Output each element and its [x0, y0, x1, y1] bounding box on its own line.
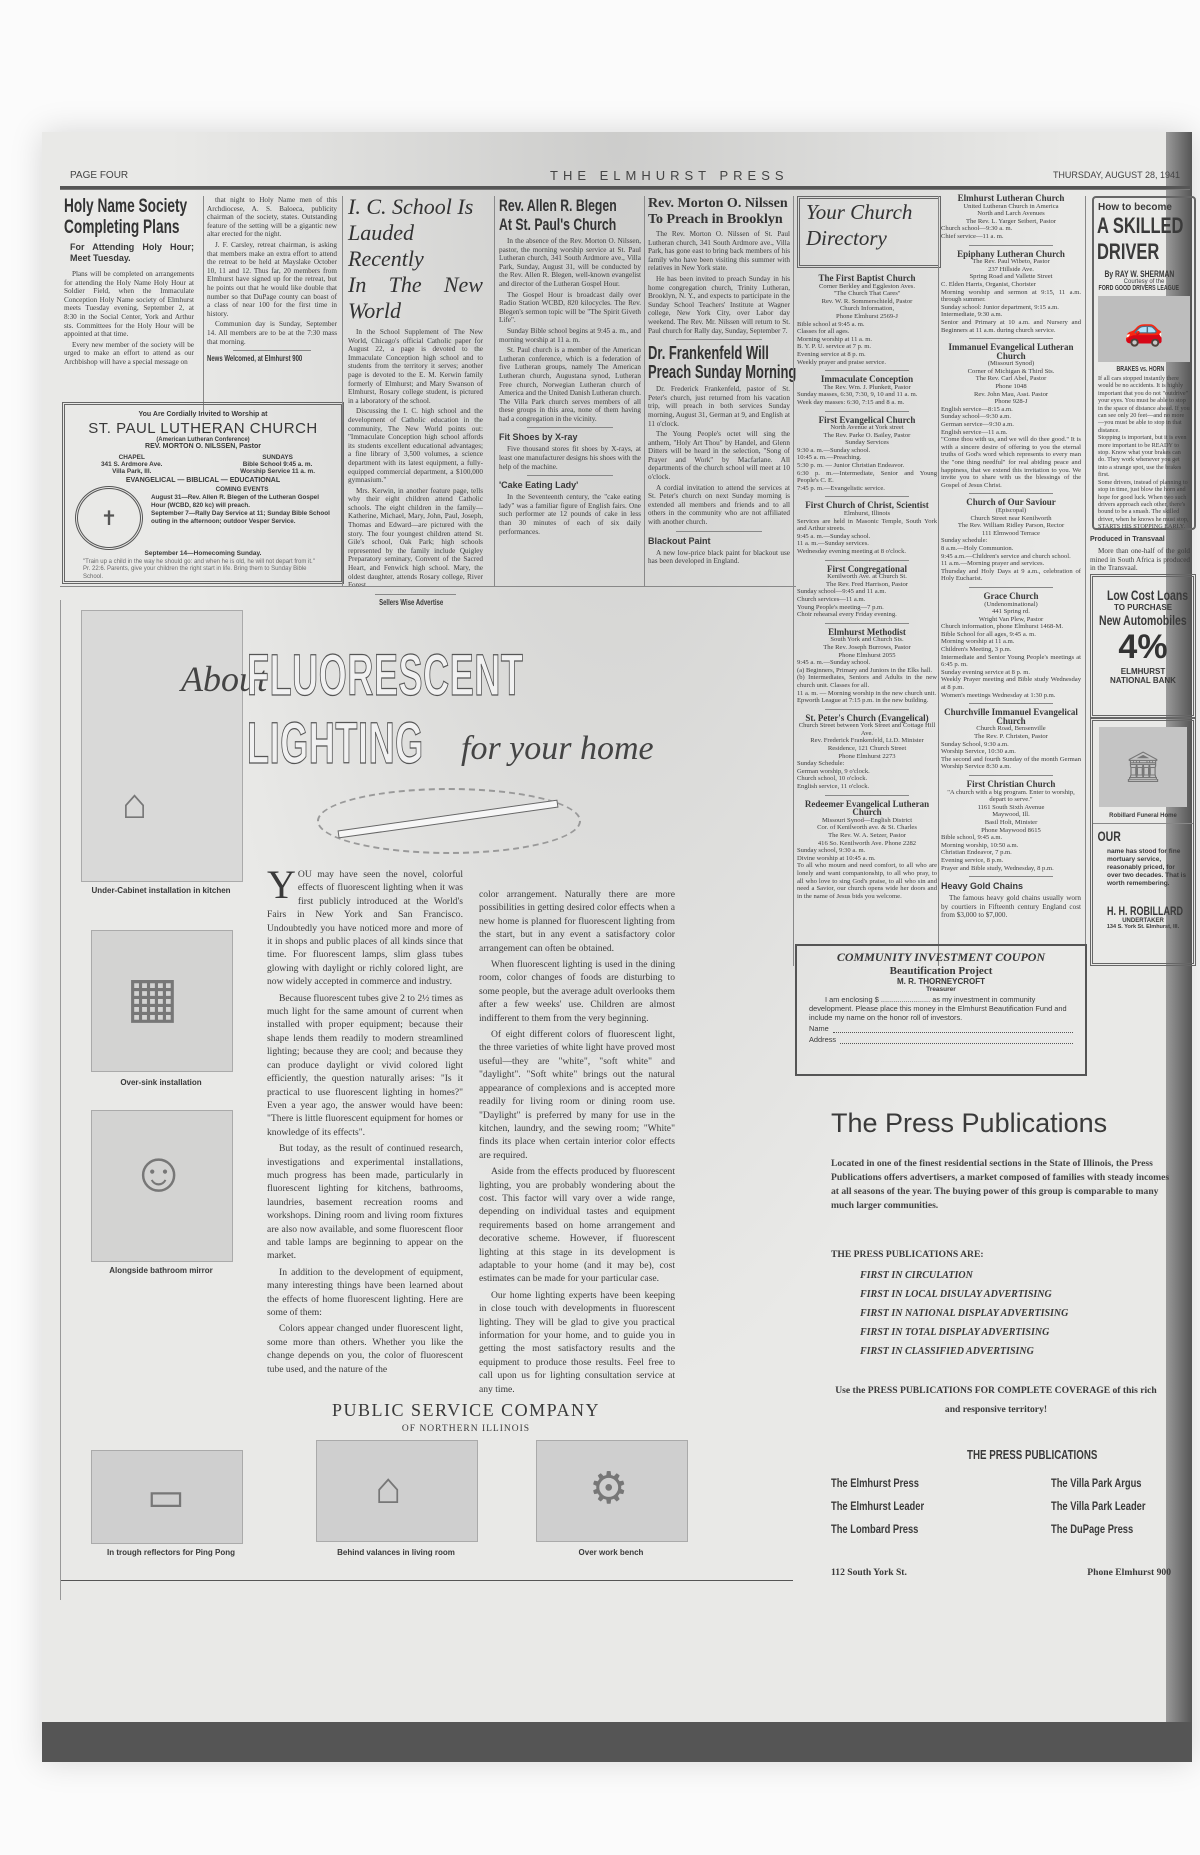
- church-line: Morning worship and sermon at 9:15, 11 a…: [941, 289, 1081, 304]
- column-divider: [203, 196, 204, 414]
- directory-title: Directory: [800, 225, 938, 251]
- church-line: Church school, 10 o'clock.: [797, 775, 937, 783]
- chapel-address: 341 S. Ardmore Ave.: [101, 461, 162, 468]
- coupon-project: Beautification Project: [797, 965, 1085, 977]
- paragraph: If all cars stopped instantly there woul…: [1098, 375, 1190, 434]
- headline: Lauded Recently: [348, 220, 483, 272]
- church-line: To all who mourn and need comfort, to al…: [797, 862, 937, 900]
- church-line: The Rev. Wm. J. Plunkett, Pastor: [797, 384, 937, 392]
- workbench-illustration-icon: ⚙: [589, 1463, 628, 1514]
- headline: Dr. Frankenfeld Will: [648, 344, 750, 363]
- church-line: 9:45 a.m.—Children's service and church …: [941, 553, 1081, 561]
- church-line: Church Street near Kenilworth: [941, 515, 1081, 523]
- separator: [825, 411, 909, 412]
- church-line: The Rev. P. Christen, Pastor: [941, 733, 1081, 741]
- church-line: Bible School for all ages, 9:45 a. m.: [941, 631, 1081, 639]
- church-line: 441 Spring rd.: [941, 608, 1081, 616]
- church-entry: Grace Church (Undenominational) 441 Spri…: [941, 592, 1081, 699]
- headline: In The New World: [348, 272, 483, 324]
- paragraph: A cordial invitation to attend the servi…: [648, 484, 790, 527]
- ad-robillard-funeral: 🏛 Robillard Funeral Home OUR name has st…: [1090, 718, 1196, 966]
- publication-name: The Villa Park Leader: [1051, 1495, 1146, 1518]
- mirror-illustration-icon: ☺: [130, 1141, 187, 1205]
- church-line: South York and Church Sts.: [797, 636, 937, 644]
- article-holy-name-continued: that night to Holy Name men of this Arch…: [207, 196, 337, 364]
- ad-body-col2: color arrangement. Naturally there are m…: [479, 888, 675, 1399]
- article-ic-school: I. C. School Is Lauded Recently In The N…: [348, 194, 483, 607]
- car-illustration-icon: 🚗: [1098, 296, 1190, 362]
- church-line: Choir rehearsal every Friday evening.: [797, 611, 937, 619]
- separator: [375, 594, 456, 595]
- church-name: Immanuel Evangelical Lutheran Church: [941, 343, 1081, 360]
- separator: [969, 775, 1053, 776]
- church-line: Women's meetings Wednesday at 1:30 p.m.: [941, 692, 1081, 700]
- church-line: (Missouri Synod): [941, 360, 1081, 368]
- church-line: 9:45 a. m.—Sunday school.: [797, 533, 937, 541]
- church-name: Church of Our Saviour: [941, 498, 1081, 507]
- address-label: Address: [809, 1035, 836, 1044]
- church-line: Intermediate, 9:30 a.m.: [941, 311, 1081, 319]
- church-line: Classes for all ages.: [797, 328, 937, 336]
- separator: [233, 350, 311, 351]
- filler-title: Fit Shoes by X-ray: [499, 432, 641, 443]
- column-divider: [793, 196, 794, 966]
- church-line: Bible school at 9:45 a. m.: [797, 321, 937, 329]
- illustration-living-room: ⌂: [316, 1440, 478, 1542]
- article-holy-name: Holy Name Society Completing Plans For A…: [64, 196, 194, 369]
- illustration-caption: Under-Cabinet installation in kitchen: [81, 886, 241, 895]
- church-line: (b) Intermediates, Seniors and Adults in…: [797, 674, 937, 689]
- church-name: Redeemer Evangelical Lutheran Church: [797, 800, 937, 817]
- church-line: Morning worship, 10:50 a.m.: [941, 842, 1081, 850]
- section-divider: [60, 586, 796, 587]
- filler-text: In the Seventeenth century, the "cake ea…: [499, 493, 641, 536]
- separator: [969, 876, 1053, 877]
- living-room-illustration-icon: ⌂: [375, 1463, 401, 1514]
- church-line: Church services—11 a.m.: [797, 596, 937, 604]
- press-pub-claim: FIRST IN LOCAL DISULAY ADVERTISING: [860, 1285, 1175, 1304]
- separator: [676, 339, 761, 340]
- church-name: Elmhurst Methodist: [797, 628, 937, 637]
- church-line: Sunday school, 9:30 a. m.: [797, 847, 937, 855]
- community-investment-coupon: COMMUNITY INVESTMENT COUPON Beautificati…: [795, 944, 1087, 1076]
- church-line: Evening service at 8 p. m.: [797, 351, 937, 359]
- chapel-label: CHAPEL: [101, 454, 162, 461]
- church-entry: St. Peter's Church (Evangelical) Church …: [797, 714, 937, 791]
- filler-title: 'Cake Eating Lady': [499, 480, 641, 491]
- column-divider: [494, 196, 495, 586]
- undertaker-address: 134 S. York St. Elmhurst, Ill.: [1093, 924, 1193, 930]
- church-line: (Undenominational): [941, 601, 1081, 609]
- church-line: 1161 South Sixth Avenue: [941, 804, 1081, 812]
- church-line: (Episcopal): [941, 507, 1081, 515]
- article-nilssen: Rev. Morton O. Nilssen To Preach in Broo…: [648, 196, 790, 568]
- illustration-caption: Alongside bathroom mirror: [81, 1266, 241, 1275]
- church-line: Bible school, 9:45 a.m.: [941, 834, 1081, 842]
- separator: [825, 496, 909, 497]
- church-entry: Epiphany Lutheran Church The Rev. Paul W…: [941, 250, 1081, 335]
- church-line: Sunday Services: [797, 439, 937, 447]
- headline: At St. Paul's Church: [499, 215, 601, 234]
- church-line: "A church with a big program. Enter to w…: [941, 789, 1081, 804]
- press-pub-phone: Phone Elmhurst 900: [1087, 1567, 1171, 1578]
- church-line: Rev. W. R. Sommerschield, Pastor: [797, 298, 937, 306]
- filler-line: News Welcomed, at Elmhurst 900: [207, 355, 305, 364]
- headline: To Preach in Brooklyn: [648, 212, 790, 228]
- church-line: 416 So. Kenilworth Ave. Phone 2282: [797, 840, 937, 848]
- ad-line: TO PURCHASE: [1093, 603, 1193, 612]
- church-name: Elmhurst Lutheran Church: [941, 194, 1081, 203]
- church-directory-col1: The First Baptist Church Corner Berkley …: [797, 270, 937, 904]
- church-line: United Lutheran Church in America: [941, 203, 1081, 211]
- church-name: Epiphany Lutheran Church: [941, 250, 1081, 259]
- column-divider: [342, 196, 343, 586]
- ad-church-name: ST. PAUL LUTHERAN CHURCH: [65, 420, 341, 437]
- press-pub-list-title: THE PRESS PUBLICATIONS: [967, 1447, 1123, 1462]
- ad-fluorescent-lighting: ⌂ Under-Cabinet installation in kitchen …: [60, 600, 793, 1600]
- church-line: Church Street between York Street and Co…: [797, 722, 937, 737]
- column-divider: [644, 196, 645, 586]
- separator: [969, 493, 1053, 494]
- church-line: Phone Maywood 8615: [941, 827, 1081, 835]
- separator: [825, 623, 909, 624]
- church-line: The Rev. L. Yarger Seibert, Pastor: [941, 218, 1081, 226]
- church-line: Spring Road and Vallette Street: [941, 273, 1081, 281]
- illustration-sink: ▦: [91, 930, 233, 1072]
- ad-bottom-rule: [61, 1580, 793, 1581]
- paragraph: Mrs. Kerwin, in another feature page, te…: [348, 487, 483, 590]
- church-line: Sunday masses, 6:30, 7:30, 9, 10 and 11 …: [797, 391, 937, 399]
- paragraph: Aside from the effects produced by fluor…: [479, 1165, 675, 1286]
- paragraph: Discussing the I. C. high school and the…: [348, 407, 483, 484]
- separator: [969, 703, 1053, 704]
- ad-line: OUR: [1093, 828, 1168, 844]
- interest-rate: 4%: [1093, 628, 1193, 667]
- separator: [825, 370, 909, 371]
- article-blegen: Rev. Allen R. Blegen At St. Paul's Churc…: [499, 196, 641, 538]
- church-line: Sunday school: Junior department, 9:15 a…: [941, 304, 1081, 312]
- ping-pong-illustration-icon: ▭: [147, 1473, 185, 1520]
- company-subname: OF NORTHERN ILLINOIS: [251, 1424, 681, 1434]
- press-pub-claim: FIRST IN CLASSIFIED ADVERTISING: [860, 1342, 1175, 1361]
- church-line: C. Elden Harris, Organist, Chorister: [941, 281, 1081, 289]
- church-name: First Evangelical Church: [797, 416, 937, 425]
- church-line: Children's Meeting, 3 p.m.: [941, 646, 1081, 654]
- church-name: Grace Church: [941, 592, 1081, 601]
- church-line: Wright Van Plew, Pastor: [941, 616, 1081, 624]
- event-item: August 31—Rev. Allen R. Blegen of the Lu…: [151, 494, 333, 510]
- church-line: Young People's meeting—7 p.m.: [797, 604, 937, 612]
- church-line: 9:30 a. m.—Sunday school.: [797, 447, 937, 455]
- issue-date: THURSDAY, AUGUST 28, 1941: [1053, 170, 1180, 180]
- church-line: Rev. Frederick Frankenfeld, Lt.D. Minist…: [797, 737, 937, 745]
- filler-text: The famous heavy gold chains usually wor…: [941, 894, 1081, 920]
- church-line: Morning worship at 11 a.m.: [941, 638, 1081, 646]
- church-line: English service—8:15 a.m.: [941, 406, 1081, 414]
- church-line: Church information, phone Elmhurst 1468-…: [941, 623, 1081, 631]
- church-line: 9:45 a. m.—Sunday school.: [797, 659, 937, 667]
- church-entry: Churchville Immanuel Evangelical Church …: [941, 708, 1081, 771]
- church-line: The Rev. Parke O. Bailey, Pastor: [797, 432, 937, 440]
- church-line: B. Y. P. U. service at 7 p. m.: [797, 343, 937, 351]
- ad-body-col1: YOU may have seen the novel, colorful ef…: [267, 868, 463, 1379]
- church-entry: First Christian Church "A church with a …: [941, 780, 1081, 872]
- church-line: The Rev. W. A. Setzer, Pastor: [797, 832, 937, 840]
- church-line: Services are held in Masonic Temple, Sou…: [797, 518, 937, 533]
- church-line: Basil Holt, Minister: [941, 819, 1081, 827]
- paragraph: The Gospel Hour is broadcast daily over …: [499, 291, 641, 325]
- directory-title-box: Your Church Directory: [797, 196, 941, 268]
- illustration-caption: Over work bench: [531, 1548, 691, 1557]
- church-line: Rev. John Mau, Asst. Pastor: [941, 391, 1081, 399]
- church-line: Christian Endeavor, 7 p.m.: [941, 849, 1081, 857]
- church-line: Senior and Primary at 10 a.m. and Nurser…: [941, 319, 1081, 334]
- publication-name: The Villa Park Argus: [1051, 1472, 1146, 1495]
- church-line: German worship, 9 o'clock.: [797, 768, 937, 776]
- press-pub-title: The Press Publications: [831, 1108, 1175, 1139]
- church-entry: Elmhurst Methodist South York and Church…: [797, 628, 937, 705]
- church-line: Weekly prayer and praise service.: [797, 359, 937, 367]
- church-line: Prayer and Bible study, Wednesday, 8 p.m…: [941, 865, 1081, 873]
- separator: [1093, 823, 1193, 824]
- church-line: Morning worship at 11 a. m.: [797, 336, 937, 344]
- church-line: Phone Elmhurst 2273: [797, 753, 937, 761]
- sunday-schedule: Worship Service 11 a. m.: [240, 468, 315, 475]
- publication-name: The Lombard Press: [831, 1518, 1003, 1541]
- ad-invite: You Are Cordially Invited to Worship at: [65, 411, 341, 418]
- sundays-label: SUNDAYS: [240, 454, 315, 461]
- church-entry: First Congregational Kenilworth Ave. at …: [797, 565, 937, 619]
- church-line: Wednesday evening meeting at 8 o'clock.: [797, 548, 937, 556]
- separator: [825, 560, 909, 561]
- church-line: Evening service, 8 p.m.: [941, 857, 1081, 865]
- church-line: Sunday school—9:30 a.m.: [941, 413, 1081, 421]
- name-label: Name: [809, 1024, 829, 1033]
- lutheran-seal-icon: ✝: [75, 486, 143, 550]
- church-name: First Congregational: [797, 565, 937, 574]
- church-line: 6:30 p. m.—Intermediate, Senior and Youn…: [797, 470, 937, 485]
- sunday-schedule: Bible School 9:45 a. m.: [240, 461, 315, 468]
- filler-text: More than one-half of the gold mined in …: [1090, 547, 1190, 573]
- coupon-title: COMMUNITY INVESTMENT COUPON: [797, 950, 1085, 965]
- church-entry: Elmhurst Lutheran Church United Lutheran…: [941, 194, 1081, 241]
- press-pub-are-label: THE PRESS PUBLICATIONS ARE:: [831, 1249, 1175, 1260]
- paragraph: In addition to the development of equipm…: [267, 1266, 463, 1320]
- illustration-caption: In trough reflectors for Ping Pong: [81, 1548, 261, 1557]
- name-field[interactable]: [833, 1024, 1073, 1033]
- church-line: Corner Berkley and Eggleston Aves.: [797, 283, 937, 291]
- church-entry: The First Baptist Church Corner Berkley …: [797, 274, 937, 366]
- coupon-treasurer-label: Treasurer: [797, 986, 1085, 993]
- separator: [969, 338, 1053, 339]
- event-item: September 7—Rally Day Service at 11; Sun…: [151, 510, 333, 526]
- church-entry: Church of Our Saviour (Episcopal) Church…: [941, 498, 1081, 583]
- church-line: Church school—9:30 a. m.: [941, 225, 1081, 233]
- address-field[interactable]: [840, 1035, 1073, 1044]
- paragraph: The Young People's octet will sing the a…: [648, 430, 790, 482]
- church-line: Phone 928-J: [941, 398, 1081, 406]
- ad-line: DRIVER: [1094, 239, 1169, 265]
- headline: Rev. Allen R. Blegen: [499, 196, 601, 215]
- ad-section: BRAKES vs. HORN: [1094, 366, 1169, 373]
- kitchen-illustration-icon: ⌂: [122, 781, 147, 829]
- separator: [527, 475, 612, 476]
- church-line: Intermediate and Senior Young People's m…: [941, 654, 1081, 669]
- page-label: PAGE FOUR: [70, 170, 128, 181]
- ad-line: How to become: [1094, 198, 1194, 213]
- church-line: Worship Service, 10:30 a.m.: [941, 748, 1081, 756]
- ad-caption: Robillard Funeral Home: [1093, 813, 1193, 819]
- paragraph: Plans will be completed on arrangements …: [64, 270, 194, 339]
- church-line: Kenilworth Ave. at Church St.: [797, 573, 937, 581]
- illustration-work-bench: ⚙: [536, 1440, 688, 1542]
- church-entry: Immaculate Conception The Rev. Wm. J. Pl…: [797, 375, 937, 406]
- paragraph: But today, as the result of continued re…: [267, 1142, 463, 1263]
- church-line: 5:30 p. m. — Junior Christian Endeavor.: [797, 462, 937, 470]
- headline: Rev. Morton O. Nilssen: [648, 196, 790, 212]
- paragraph: Some drivers, instead of planning to sto…: [1098, 479, 1190, 530]
- events-label: COMING EVENTS: [151, 486, 333, 494]
- filler-text: Five thousand stores fit shoes by X-rays…: [499, 445, 641, 471]
- ad-byline: By RAY W. SHERMAN: [1094, 269, 1169, 279]
- church-line: Residence, 121 Church Street: [797, 745, 937, 753]
- filler-title: Heavy Gold Chains: [941, 881, 1081, 892]
- bank-name: NATIONAL BANK: [1093, 676, 1193, 685]
- church-line: Elmhurst, Illinois: [797, 510, 937, 518]
- church-line: Church Road, Bensenville: [941, 725, 1081, 733]
- church-line: 11 a.m.—Morning prayer and services.: [941, 560, 1081, 568]
- masthead: PAGE FOUR THE ELMHURST PRESS THURSDAY, A…: [60, 168, 1190, 188]
- paragraph: Sunday Bible school begins at 9:45 a. m.…: [499, 327, 641, 344]
- paragraph: Communion day is Sunday, September 14. A…: [207, 320, 337, 346]
- event-item: September 14—Homecoming Sunday.: [65, 550, 341, 557]
- church-line: Sunday school—9:45 and 11 a.m.: [797, 588, 937, 596]
- church-line: 8 a.m.—Holy Communion.: [941, 545, 1081, 553]
- church-entry: First Church of Christ, Scientist Elmhur…: [797, 501, 937, 555]
- filler-title: Produced in Transvaal: [1090, 534, 1190, 545]
- church-line: English service, 11 o'clock.: [797, 783, 937, 791]
- church-line: Phone 1048: [941, 383, 1081, 391]
- ad-line: Low Cost Loans: [1107, 587, 1172, 603]
- church-line: Sunday schedule:: [941, 537, 1081, 545]
- church-line: The Rev. Fred Harrison, Pastor: [797, 581, 937, 589]
- church-name: First Christian Church: [941, 780, 1081, 789]
- separator: [969, 587, 1053, 588]
- church-line: North Avenue at York street: [797, 424, 937, 432]
- press-pub-claim: FIRST IN TOTAL DISPLAY ADVERTISING: [860, 1323, 1175, 1342]
- ad-line: A SKILLED: [1094, 213, 1169, 239]
- paragraph: Colors appear changed under fluorescent …: [267, 1322, 463, 1376]
- press-pub-claim: FIRST IN NATIONAL DISPLAY ADVERTISING: [860, 1304, 1175, 1323]
- church-line: The Rev. Paul Wibeto, Pastor: [941, 258, 1081, 266]
- directory-title: Your Church: [800, 199, 938, 225]
- paragraph: When fluorescent lighting is used in the…: [479, 958, 675, 1025]
- paragraph: OU may have seen the novel, colorful eff…: [267, 869, 463, 987]
- illustration-kitchen: ⌂: [81, 610, 243, 882]
- headline: I. C. School Is: [348, 194, 483, 220]
- church-entry: Redeemer Evangelical Lutheran Church Mis…: [797, 800, 937, 901]
- filler-title: Blackout Paint: [648, 536, 790, 547]
- ad-quote: "Train up a child in the way he should g…: [65, 557, 341, 583]
- church-line: Sunday School, 9:30 a.m.: [941, 741, 1081, 749]
- ad-text: name has stood for fine mortuary service…: [1093, 844, 1193, 892]
- headline: Completing Plans: [64, 217, 158, 238]
- paragraph: St. Paul church is a member of the Ameri…: [499, 346, 641, 423]
- church-line: 111 Elmwood Terrace: [941, 530, 1081, 538]
- press-pub-cta: Use the PRESS PUBLICATIONS FOR COMPLETE …: [831, 1381, 1161, 1419]
- paragraph: Every new member of the society will be …: [64, 341, 194, 367]
- masthead-rule: [60, 186, 1190, 190]
- separator: [527, 427, 612, 428]
- church-line: Phone Elmhurst 2055: [797, 652, 937, 660]
- headline: Preach Sunday Morning: [648, 363, 750, 382]
- church-line: (a) Beginners, Primary and Juniors in th…: [797, 667, 937, 675]
- scan-bottom-band: [42, 1722, 1192, 1762]
- filler-transvaal: Produced in Transvaal More than one-half…: [1090, 532, 1190, 575]
- publication-name: The DuPage Press: [1051, 1518, 1146, 1541]
- church-line: 7:45 p. m.—Evangelistic service.: [797, 485, 937, 493]
- church-line: Chief service—11 a. m.: [941, 233, 1081, 241]
- church-line: Corner of Michigan & Third Sts.: [941, 368, 1081, 376]
- church-name: Churchville Immanuel Evangelical Church: [941, 708, 1081, 725]
- church-line: Epworth League at 7:15 p.m. in the new b…: [797, 697, 937, 705]
- church-line: Maywood, Ill.: [941, 811, 1081, 819]
- paper-title: THE ELMHURST PRESS: [550, 168, 789, 183]
- church-line: "The Church That Cares": [797, 290, 937, 298]
- ad-auto-loan: Low Cost Loans TO PURCHASE New Automobil…: [1090, 574, 1196, 718]
- headline-for-your-home: for your home: [461, 730, 654, 768]
- church-line: German service—9:30 a.m.: [941, 421, 1081, 429]
- headline-lighting: LIGHTING: [247, 710, 424, 777]
- illustration-caption: Behind valances in living room: [311, 1548, 481, 1557]
- paragraph: He has been invited to preach Sunday in …: [648, 275, 790, 335]
- paragraph: color arrangement. Naturally there are m…: [479, 888, 675, 955]
- ad-line: New Automobiles: [1099, 612, 1170, 628]
- press-pub-claim: FIRST IN CIRCULATION: [860, 1266, 1175, 1285]
- window-illustration-icon: ▦: [126, 965, 179, 1030]
- separator: [969, 245, 1053, 246]
- church-line: Week day masses: 6:30, 7:15 and 8 a. m.: [797, 399, 937, 407]
- church-line: Phone Elmhurst 2569-J: [797, 313, 937, 321]
- drop-cap: Y: [267, 868, 296, 902]
- undertaker-name: H. H. ROBILLARD: [1107, 904, 1172, 918]
- church-line: 10:45 a. m.—Preaching.: [797, 454, 937, 462]
- church-line: North and Larch Avenues: [941, 210, 1081, 218]
- paragraph: Of eight different colors of fluorescent…: [479, 1028, 675, 1162]
- separator: [825, 795, 909, 796]
- paragraph: The Rev. Morton O. Nilssen of St. Paul L…: [648, 230, 790, 273]
- illustration-ping-pong: ▭: [91, 1450, 243, 1544]
- church-line: The Rev. William Ridley Parson, Rector: [941, 522, 1081, 530]
- church-directory-col2: Elmhurst Lutheran Church United Lutheran…: [941, 194, 1081, 922]
- subhead: For Attending Holy Hour; Meet Tuesday.: [70, 242, 194, 264]
- paragraph: Our home lighting experts have been keep…: [479, 1289, 675, 1396]
- ad-press-publications: The Press Publications Located in one of…: [795, 1080, 1175, 1600]
- ad-pastor: REV. MORTON O. NILSSEN, Pastor: [65, 443, 341, 450]
- press-pub-address: 112 South York St.: [831, 1567, 907, 1578]
- press-pub-intro: Located in one of the finest residential…: [831, 1157, 1176, 1213]
- ad-motto: EVANGELICAL — BIBLICAL — EDUCATIONAL: [65, 477, 341, 484]
- headline-fluorescent: FLUORESCENT: [247, 642, 524, 709]
- publication-name: The Elmhurst Press: [831, 1472, 1003, 1495]
- church-line: The second and fourth Sunday of the mont…: [941, 756, 1081, 771]
- church-entry: Immanuel Evangelical Lutheran Church (Mi…: [941, 343, 1081, 489]
- publication-name: The Elmhurst Leader: [831, 1495, 1003, 1518]
- church-line: The Rev. Joseph Burrows, Pastor: [797, 644, 937, 652]
- paragraph: that night to Holy Name men of this Arch…: [207, 196, 337, 239]
- paragraph: Dr. Frederick Frankenfeld, pastor of St.…: [648, 385, 790, 428]
- paragraph: Stopping is important, but it is even mo…: [1098, 434, 1190, 478]
